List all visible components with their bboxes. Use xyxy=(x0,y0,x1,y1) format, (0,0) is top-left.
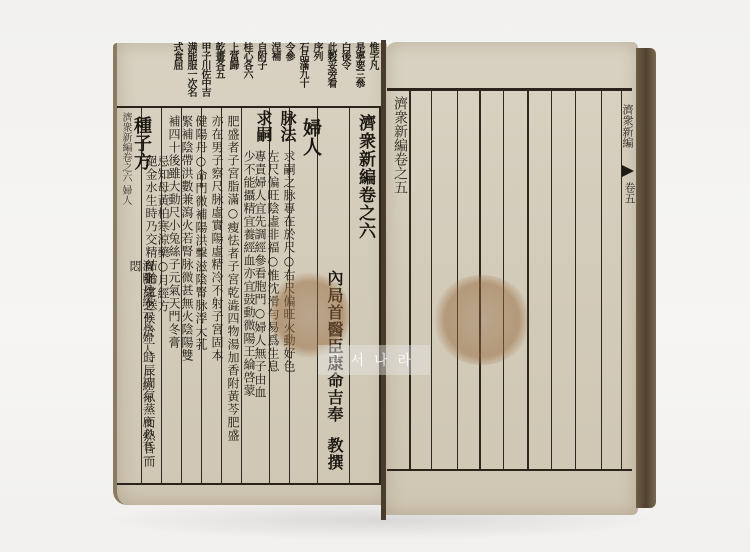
book-gutter xyxy=(381,40,386,520)
text-column: 少不能攝精宜養經血亦宜鼓動微陽王綸啓蒙 xyxy=(242,150,256,480)
handwritten-annotations: 惟字凡 是寧要三叅 白後令 此穀妥旁看 序列 石品滿九十 令參 涅補 自附子 桂… xyxy=(138,42,378,104)
annotation-col: 满能服一次名 xyxy=(184,42,196,104)
annotation-col: 石品滿九十 xyxy=(296,42,308,104)
water-stain xyxy=(432,275,532,365)
annotation-col: 序列 xyxy=(310,42,322,104)
annotation-col: 自附子 xyxy=(254,42,266,104)
page-edges xyxy=(636,48,656,508)
edge-volume: 卷五 xyxy=(621,182,637,204)
annotation-col: 乾畫各五 xyxy=(212,42,224,104)
right-volume-title: 濟衆新編卷之五 xyxy=(390,96,410,194)
watermark: 고서나라 xyxy=(318,345,430,375)
edge-tab-title: 濟衆新編 xyxy=(619,104,635,164)
annotation-col: 上當歸 xyxy=(226,42,238,104)
annotation-col: 桂心各六 xyxy=(240,42,252,104)
right-page-frame xyxy=(387,88,632,471)
annotation-col: 甲子川佐中吉 xyxy=(198,42,210,104)
annotation-col: 式食屈 xyxy=(170,42,182,104)
subheading-maekbeop: 脉法 xyxy=(276,110,299,142)
text-column: 忌知母黃柏寒涼藥○月經方 xyxy=(156,155,170,475)
annotation-col: 此穀妥旁看 xyxy=(324,42,336,104)
text-column: 亦在男子察尺脉虛實陽虛精冷不射子宮固本 xyxy=(210,115,224,480)
text-column: 健陽丹○命門微補陽洪擊滋陰腎脉浮大芤 xyxy=(194,115,208,480)
annotation-col: 白後令 xyxy=(338,42,350,104)
compiler-suffix: 教撰 xyxy=(323,437,346,471)
text-column: 肥盛者子宮脂滿○瘦怯者子宮乾澁四物湯加香附黃芩肥盛 xyxy=(226,115,240,480)
annotation-col: 令參 xyxy=(282,42,294,104)
annotation-col: 惟字凡 xyxy=(366,42,378,104)
annotation-col: 涅補 xyxy=(268,42,280,104)
subheading-gusa: 求嗣 xyxy=(252,110,275,142)
section-heading: 婦人 xyxy=(298,118,325,156)
volume-title: 濟衆新編卷之六 xyxy=(353,114,378,240)
text-column: 濟陰丹經云凡婦人一月經行一度必有一 xyxy=(140,260,154,480)
text-column: 緊補陰帶洪數兼瀉火若腎脉微甚無火陰陽雙 xyxy=(180,115,194,480)
annotation-col: 是寧要三叅 xyxy=(352,42,364,104)
